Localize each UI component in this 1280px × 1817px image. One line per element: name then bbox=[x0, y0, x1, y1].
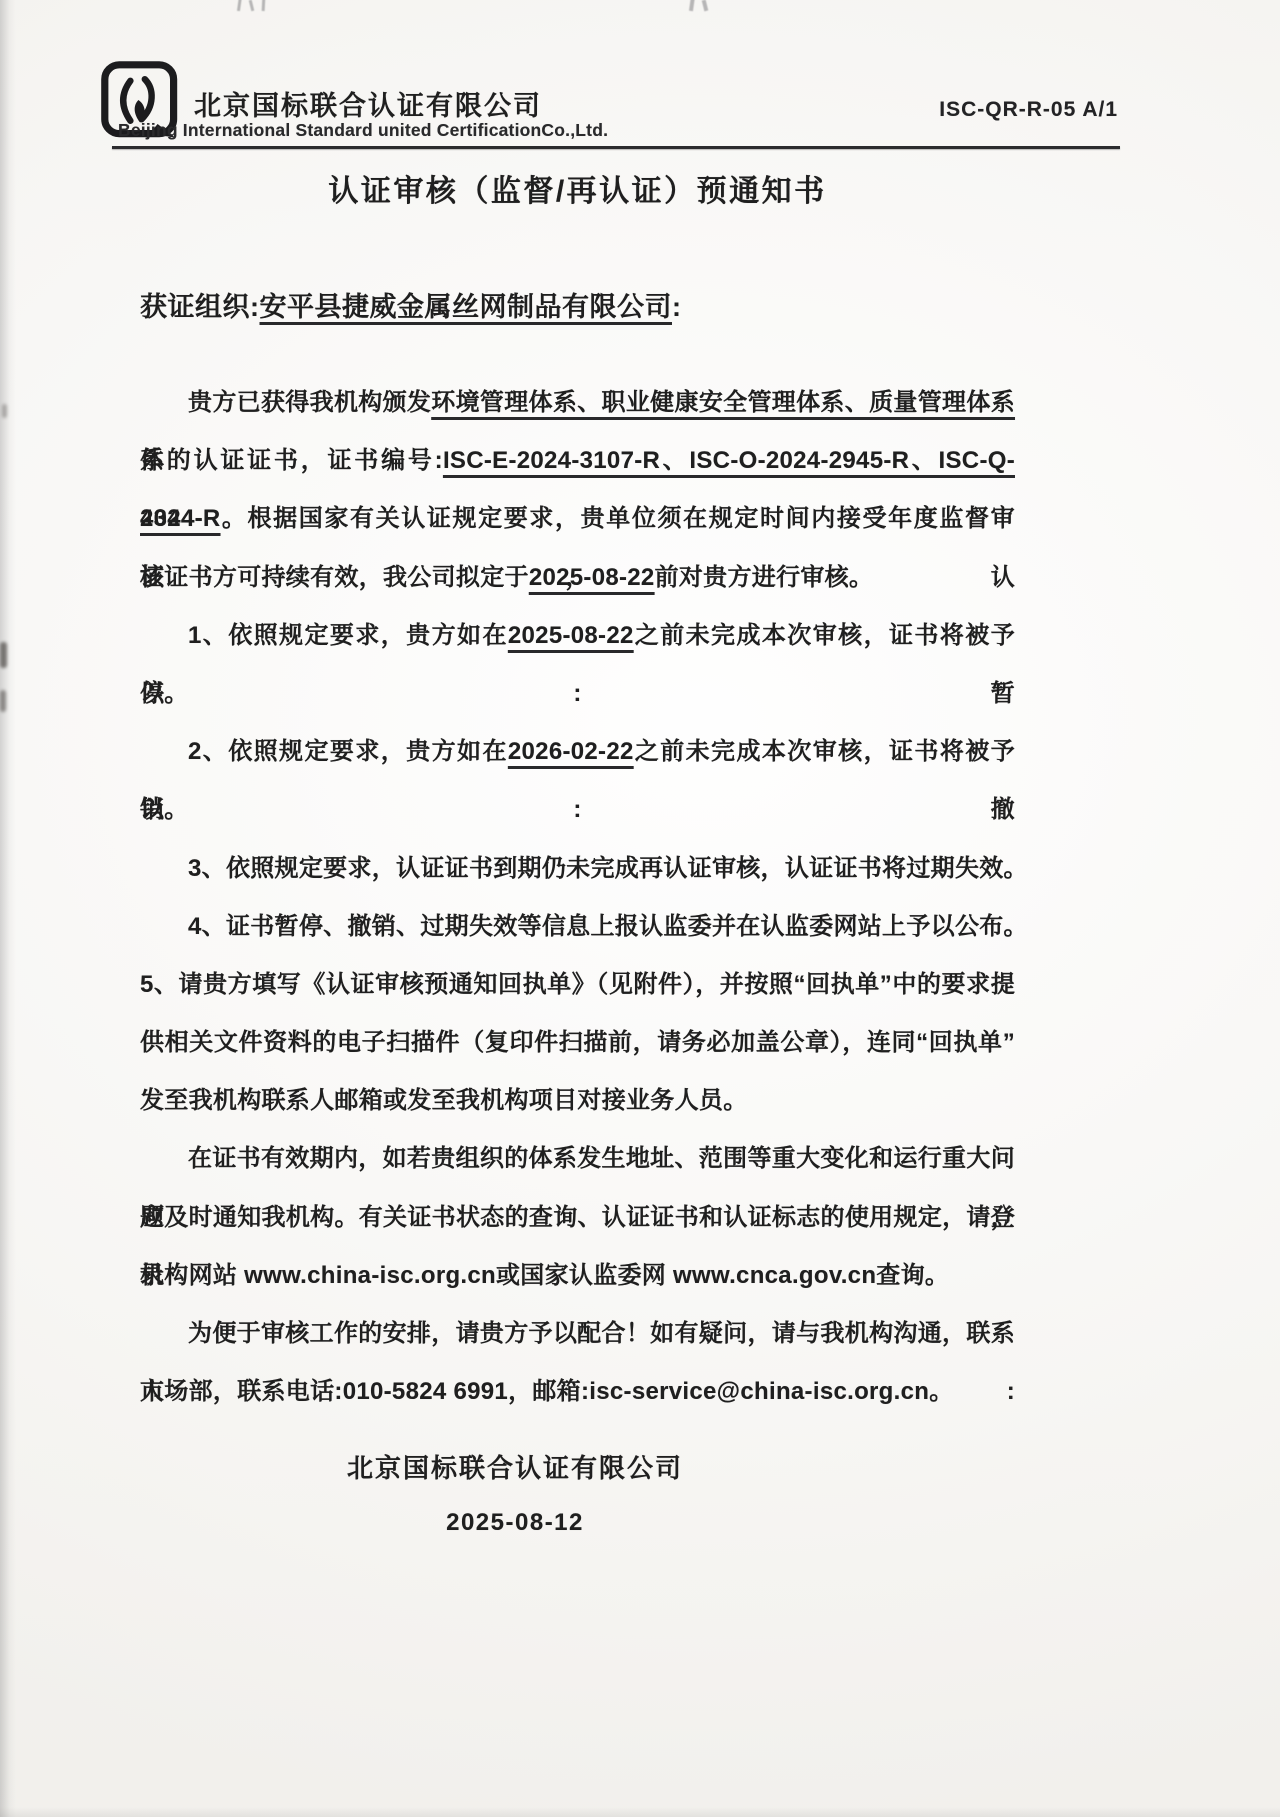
underlined-text: 环境管理体系、职业健康安全管理体系、质量管理体系 bbox=[431, 389, 1015, 416]
recipient-suffix: : bbox=[672, 292, 682, 322]
text-line: 应及时通知我机构。有关证书状态的查询、认证证书和认证标志的使用规定，请登录 bbox=[140, 1189, 1015, 1247]
document-code: ISC-QR-R-05 A/1 bbox=[939, 98, 1118, 122]
text-line: 在证书有效期内，如若贵组织的体系发生地址、范围等重大变化和运行重大问题， bbox=[140, 1130, 1015, 1188]
underlined-text: 4344-R bbox=[140, 505, 221, 532]
underlined-text: 2025-08-22 bbox=[508, 622, 634, 649]
signature-company: 北京国标联合认证有限公司 bbox=[140, 1447, 890, 1489]
text-line: 发至我机构联系人邮箱或发至我机构项目对接业务人员。 bbox=[140, 1072, 1015, 1130]
scan-smudge bbox=[0, 642, 7, 668]
text-segment: 市场部，联系电话:010-5824 6991，邮箱:isc-service@ch… bbox=[140, 1378, 954, 1405]
text-segment: 销。 bbox=[140, 796, 189, 823]
scan-bottom-shadow bbox=[0, 1807, 1280, 1817]
document-title: 认证审核（监督/再认证）预通知书 bbox=[140, 168, 1015, 216]
scan-smudge bbox=[0, 690, 6, 712]
document-body: 认证审核（监督/再认证）预通知书 获证组织:安平县捷威金属丝网制品有限公司: 贵… bbox=[140, 168, 1015, 1543]
text-segment: 1、依照规定要求，贵方如在 bbox=[188, 622, 508, 649]
text-segment: 发至我机构联系人邮箱或发至我机构项目对接业务人员。 bbox=[140, 1087, 748, 1114]
text-line: 4、证书暂停、撤销、过期失效等信息上报认监委并在认监委网站上予以公布。 bbox=[140, 898, 1015, 956]
text-line: 贵方已获得我机构颁发环境管理体系、职业健康安全管理体系、质量管理体系体 bbox=[140, 374, 1015, 432]
scan-handwriting-fragment bbox=[690, 0, 716, 12]
scan-edge-shadow bbox=[0, 0, 16, 1817]
recipient-company-name: 安平县捷威金属丝网制品有限公司 bbox=[260, 292, 673, 322]
body-paragraphs: 贵方已获得我机构颁发环境管理体系、职业健康安全管理体系、质量管理体系体系的认证证… bbox=[140, 374, 1015, 1421]
text-line: 5、请贵方填写《认证审核预通知回执单》（见附件），并按照“回执单”中的要求提 bbox=[140, 956, 1015, 1014]
scan-handwriting-fragment bbox=[238, 0, 274, 12]
scan-smudge bbox=[2, 404, 7, 418]
scanned-document-page: 北京国标联合认证有限公司 Beijing International Stand… bbox=[0, 0, 1280, 1817]
header-divider bbox=[112, 146, 1120, 149]
text-segment: 供相关文件资料的电子扫描件（复印件扫描前，请务必加盖公章），连同“回执单” bbox=[140, 1029, 1015, 1056]
signature-block: 北京国标联合认证有限公司 2025-08-12 bbox=[140, 1447, 890, 1543]
text-line: 为便于审核工作的安排，请贵方予以配合！如有疑问，请与我机构沟通，联系人: bbox=[140, 1305, 1015, 1363]
text-line: 2、依照规定要求，贵方如在2026-02-22之前未完成本次审核，证书将被予以:… bbox=[140, 723, 1015, 781]
text-line: 机构网站 www.china-isc.org.cn或国家认监委网 www.cnc… bbox=[140, 1247, 1015, 1305]
text-segment: 证证书方可持续有效，我公司拟定于 bbox=[140, 564, 529, 591]
text-segment: 5、请贵方填写《认证审核预通知回执单》（见附件），并按照“回执单”中的要求提 bbox=[140, 971, 1015, 998]
text-segment: 贵方已获得我机构颁发 bbox=[188, 389, 431, 416]
text-segment: 机构网站 www.china-isc.org.cn或国家认监委网 www.cnc… bbox=[140, 1262, 949, 1289]
company-name-en: Beijing International Standard united Ce… bbox=[118, 120, 608, 141]
signature-date: 2025-08-12 bbox=[140, 1503, 890, 1543]
underlined-text: 2026-02-22 bbox=[508, 738, 634, 765]
text-line: 市场部，联系电话:010-5824 6991，邮箱:isc-service@ch… bbox=[140, 1363, 1015, 1421]
text-line: 系的认证证书，证书编号:ISC-E-2024-3107-R、ISC-O-2024… bbox=[140, 432, 1015, 490]
underlined-text: 2025-08-22 bbox=[529, 564, 655, 591]
text-line: 3、依照规定要求，认证证书到期仍未完成再认证审核，认证证书将过期失效。 bbox=[140, 840, 1015, 898]
recipient-label: 获证组织: bbox=[140, 292, 260, 322]
text-segment: 停。 bbox=[140, 680, 189, 707]
recipient-line: 获证组织:安平县捷威金属丝网制品有限公司: bbox=[140, 290, 1015, 324]
text-line: 1、依照规定要求，贵方如在2025-08-22之前未完成本次审核，证书将被予以:… bbox=[140, 607, 1015, 665]
text-line: 供相关文件资料的电子扫描件（复印件扫描前，请务必加盖公章），连同“回执单” bbox=[140, 1014, 1015, 1072]
text-segment: 2、依照规定要求，贵方如在 bbox=[188, 738, 508, 765]
text-segment: 前对贵方进行审核。 bbox=[655, 564, 874, 591]
text-segment: 系的认证证书，证书编号: bbox=[140, 447, 443, 474]
company-name-cn: 北京国标联合认证有限公司 bbox=[194, 84, 542, 123]
text-segment: 4、证书暂停、撤销、过期失效等信息上报认监委并在认监委网站上予以公布。 bbox=[188, 913, 1028, 940]
text-segment: 3、依照规定要求，认证证书到期仍未完成再认证审核，认证证书将过期失效。 bbox=[188, 855, 1028, 882]
text-line: 4344-R。根据国家有关认证规定要求，贵单位须在规定时间内接受年度监督审核，认 bbox=[140, 490, 1015, 548]
